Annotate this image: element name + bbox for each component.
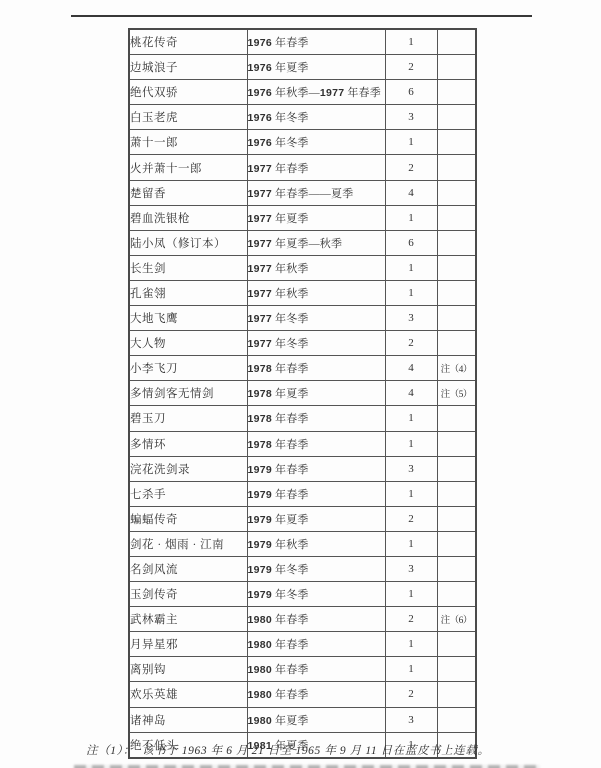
note-reference [437, 582, 476, 607]
book-title: 多情环 [129, 431, 247, 456]
serial-period: 1980 年春季 [247, 682, 385, 707]
book-title: 碧血洗银枪 [129, 205, 247, 230]
book-title: 长生剑 [129, 255, 247, 280]
serial-period: 1977 年冬季 [247, 306, 385, 331]
note-reference [437, 506, 476, 531]
book-title: 欢乐英雄 [129, 682, 247, 707]
book-title: 孔雀翎 [129, 280, 247, 305]
book-title: 七杀手 [129, 481, 247, 506]
note-reference: 注（4） [437, 356, 476, 381]
table-row: 蝙蝠传奇 1979 年夏季 2 [129, 506, 476, 531]
installment-count: 1 [385, 632, 437, 657]
table-row: 桃花传奇 1976 年春季 1 [129, 29, 476, 55]
table-row: 火并萧十一郎 1977 年春季 2 [129, 155, 476, 180]
installment-count: 2 [385, 682, 437, 707]
table-row: 七杀手 1979 年春季 1 [129, 481, 476, 506]
table-row: 欢乐英雄 1980 年春季 2 [129, 682, 476, 707]
book-title: 边城浪子 [129, 55, 247, 80]
page-top-rule [71, 15, 532, 17]
serial-period: 1979 年秋季 [247, 531, 385, 556]
book-title: 陆小凤（修订本） [129, 230, 247, 255]
book-title: 多情剑客无情剑 [129, 381, 247, 406]
table-row: 绝代双骄 1976 年秋季—1977 年春季 6 [129, 80, 476, 105]
table-row: 楚留香 1977 年春季——夏季 4 [129, 180, 476, 205]
serialization-table: 桃花传奇 1976 年春季 1 边城浪子 1976 年夏季 2 绝代双骄 197… [128, 28, 477, 759]
table-row: 大地飞鹰 1977 年冬季 3 [129, 306, 476, 331]
note-reference [437, 531, 476, 556]
serial-period: 1976 年冬季 [247, 130, 385, 155]
installment-count: 1 [385, 582, 437, 607]
book-title: 蝙蝠传奇 [129, 506, 247, 531]
table-row: 名剑风流 1979 年冬季 3 [129, 556, 476, 581]
table-row: 武林霸主 1980 年春季 2 注（6） [129, 607, 476, 632]
book-title: 月异星邪 [129, 632, 247, 657]
serial-period: 1977 年秋季 [247, 255, 385, 280]
book-title: 桃花传奇 [129, 29, 247, 55]
installment-count: 1 [385, 431, 437, 456]
serial-period: 1978 年春季 [247, 431, 385, 456]
table-row: 玉剑传奇 1979 年冬季 1 [129, 582, 476, 607]
serial-period: 1977 年春季——夏季 [247, 180, 385, 205]
note-reference [437, 632, 476, 657]
table-row: 孔雀翎 1977 年秋季 1 [129, 280, 476, 305]
note-reference [437, 255, 476, 280]
serial-period: 1979 年冬季 [247, 582, 385, 607]
book-title: 小李飞刀 [129, 356, 247, 381]
serial-period: 1980 年夏季 [247, 707, 385, 732]
note-reference [437, 105, 476, 130]
serial-period: 1976 年夏季 [247, 55, 385, 80]
book-title: 浣花洗剑录 [129, 456, 247, 481]
serial-period: 1980 年春季 [247, 607, 385, 632]
note-reference [437, 682, 476, 707]
book-title: 诸神岛 [129, 707, 247, 732]
book-title: 火并萧十一郎 [129, 155, 247, 180]
note-reference [437, 481, 476, 506]
table-row: 诸神岛 1980 年夏季 3 [129, 707, 476, 732]
book-title: 大地飞鹰 [129, 306, 247, 331]
table-row: 大人物 1977 年冬季 2 [129, 331, 476, 356]
serial-period: 1977 年春季 [247, 155, 385, 180]
note-reference [437, 55, 476, 80]
installment-count: 3 [385, 456, 437, 481]
serial-period: 1978 年春季 [247, 406, 385, 431]
note-reference [437, 205, 476, 230]
installment-count: 3 [385, 707, 437, 732]
table-body: 桃花传奇 1976 年春季 1 边城浪子 1976 年夏季 2 绝代双骄 197… [129, 29, 476, 758]
note-reference: 注（6） [437, 607, 476, 632]
book-title: 名剑风流 [129, 556, 247, 581]
table-row: 多情剑客无情剑 1978 年夏季 4 注（5） [129, 381, 476, 406]
table-row: 陆小凤（修订本） 1977 年夏季—秋季 6 [129, 230, 476, 255]
installment-count: 2 [385, 607, 437, 632]
installment-count: 1 [385, 531, 437, 556]
note-reference [437, 406, 476, 431]
serial-period: 1978 年夏季 [247, 381, 385, 406]
note-reference [437, 180, 476, 205]
book-title: 剑花 · 烟雨 · 江南 [129, 531, 247, 556]
book-title: 大人物 [129, 331, 247, 356]
table-row: 碧血洗银枪 1977 年夏季 1 [129, 205, 476, 230]
installment-count: 3 [385, 105, 437, 130]
serial-period: 1979 年夏季 [247, 506, 385, 531]
installment-count: 1 [385, 205, 437, 230]
table-row: 长生剑 1977 年秋季 1 [129, 255, 476, 280]
installment-count: 6 [385, 80, 437, 105]
book-title: 萧十一郎 [129, 130, 247, 155]
installment-count: 2 [385, 55, 437, 80]
installment-count: 4 [385, 356, 437, 381]
book-title: 武林霸主 [129, 607, 247, 632]
note-reference [437, 130, 476, 155]
table-row: 边城浪子 1976 年夏季 2 [129, 55, 476, 80]
serial-period: 1976 年冬季 [247, 105, 385, 130]
note-reference [437, 707, 476, 732]
installment-count: 3 [385, 556, 437, 581]
installment-count: 1 [385, 481, 437, 506]
table-row: 小李飞刀 1978 年春季 4 注（4） [129, 356, 476, 381]
note-reference [437, 230, 476, 255]
serial-period: 1980 年春季 [247, 632, 385, 657]
serial-period: 1976 年春季 [247, 29, 385, 55]
book-title: 碧玉刀 [129, 406, 247, 431]
table-row: 浣花洗剑录 1979 年春季 3 [129, 456, 476, 481]
serial-period: 1979 年春季 [247, 456, 385, 481]
book-title: 离别钩 [129, 657, 247, 682]
book-title: 玉剑传奇 [129, 582, 247, 607]
book-title: 绝代双骄 [129, 80, 247, 105]
note-reference [437, 331, 476, 356]
table-row: 碧玉刀 1978 年春季 1 [129, 406, 476, 431]
note-reference [437, 29, 476, 55]
table-row: 剑花 · 烟雨 · 江南 1979 年秋季 1 [129, 531, 476, 556]
footnote-text: 该书于 1963 年 6 月 21 日至 1965 年 9 月 11 日在蓝皮书… [142, 745, 490, 757]
table-row: 萧十一郎 1976 年冬季 1 [129, 130, 476, 155]
serial-period: 1979 年春季 [247, 481, 385, 506]
table-row: 白玉老虎 1976 年冬季 3 [129, 105, 476, 130]
installment-count: 4 [385, 381, 437, 406]
note-reference [437, 306, 476, 331]
installment-count: 1 [385, 130, 437, 155]
book-title: 白玉老虎 [129, 105, 247, 130]
book-title: 楚留香 [129, 180, 247, 205]
table-row: 多情环 1978 年春季 1 [129, 431, 476, 456]
serial-period: 1977 年夏季—秋季 [247, 230, 385, 255]
installment-count: 6 [385, 230, 437, 255]
table-row: 离别钩 1980 年春季 1 [129, 657, 476, 682]
installment-count: 3 [385, 306, 437, 331]
serial-period: 1980 年春季 [247, 657, 385, 682]
footnote: 注（1）：该书于 1963 年 6 月 21 日至 1965 年 9 月 11 … [86, 742, 490, 758]
note-reference: 注（5） [437, 381, 476, 406]
table-row: 月异星邪 1980 年春季 1 [129, 632, 476, 657]
installment-count: 4 [385, 180, 437, 205]
note-reference [437, 155, 476, 180]
note-reference [437, 431, 476, 456]
installment-count: 2 [385, 155, 437, 180]
installment-count: 1 [385, 29, 437, 55]
note-reference [437, 80, 476, 105]
serial-period: 1977 年夏季 [247, 205, 385, 230]
installment-count: 2 [385, 506, 437, 531]
installment-count: 1 [385, 255, 437, 280]
installment-count: 2 [385, 331, 437, 356]
note-reference [437, 456, 476, 481]
note-reference [437, 556, 476, 581]
serial-period: 1977 年冬季 [247, 331, 385, 356]
serial-period: 1976 年秋季—1977 年春季 [247, 80, 385, 105]
installment-count: 1 [385, 657, 437, 682]
installment-count: 1 [385, 406, 437, 431]
installment-count: 1 [385, 280, 437, 305]
serial-period: 1979 年冬季 [247, 556, 385, 581]
serial-period: 1977 年秋季 [247, 280, 385, 305]
serial-period: 1978 年春季 [247, 356, 385, 381]
note-reference [437, 657, 476, 682]
footnote-label: 注（1）： [86, 745, 135, 757]
note-reference [437, 280, 476, 305]
